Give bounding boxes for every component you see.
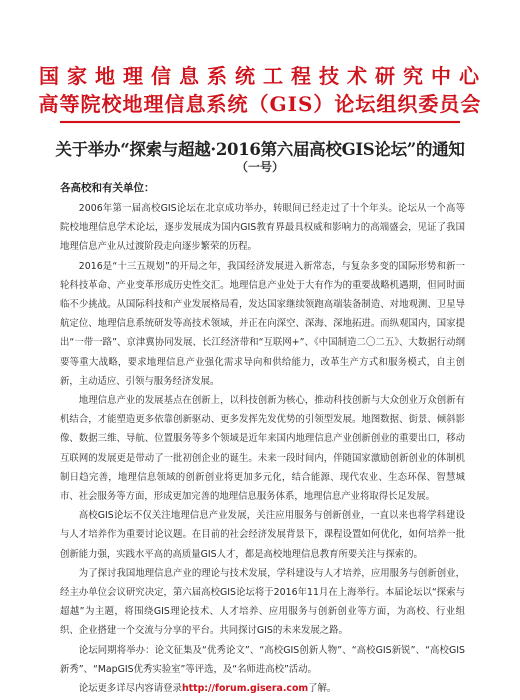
closing-suffix: 了解。 xyxy=(308,683,336,694)
paragraph-activities: 论坛同期将举办：论文征集及“优秀论文”、“高校GIS创新人物”、“高校GIS新锐… xyxy=(60,641,465,679)
paragraph-innovation: 地理信息产业的发展基点在创新上，以科技创新为核心，推动科技创新与大众创业万众创新… xyxy=(60,391,465,506)
paragraph-education: 高校GIS论坛不仅关注地理信息产业发展，关注应用服务与创新创业，一直以来也将学科… xyxy=(60,506,465,564)
org-name-primary: 国家地理信息系统工程技术研究中心 xyxy=(0,62,520,90)
notice-body: 2006年第一届高校GIS论坛在北京成功举办，转眼间已经走过了十个年头。论坛从一… xyxy=(60,199,465,698)
closing-prefix: 论坛更多详尽内容请登录 xyxy=(79,683,182,694)
paragraph-history: 2006年第一届高校GIS论坛在北京成功举办，转眼间已经走过了十个年头。论坛从一… xyxy=(60,199,465,257)
header-divider xyxy=(60,121,460,123)
notice-title: 关于举办“探索与超越·2016第六届高校GIS论坛”的通知 xyxy=(0,136,520,160)
forum-link[interactable]: http://forum.gisera.com xyxy=(182,683,308,694)
paragraph-context: 2016是“十三五规划”的开局之年，我国经济发展进入新常态，与复杂多变的国际形势… xyxy=(60,257,465,391)
paragraph-forum-announcement: 为了探讨我国地理信息产业的理论与技术发展，学科建设与人才培养，应用服务与创新创业… xyxy=(60,564,465,641)
issue-number: （一号） xyxy=(0,158,520,175)
paragraph-closing: 论坛更多详尽内容请登录http://forum.gisera.com了解。 xyxy=(60,679,465,698)
organization-header: 国家地理信息系统工程技术研究中心 高等院校地理信息系统（GIS）论坛组织委员会 xyxy=(0,62,520,118)
org-name-secondary: 高等院校地理信息系统（GIS）论坛组织委员会 xyxy=(0,90,520,118)
salutation: 各高校和有关单位： xyxy=(60,180,155,195)
